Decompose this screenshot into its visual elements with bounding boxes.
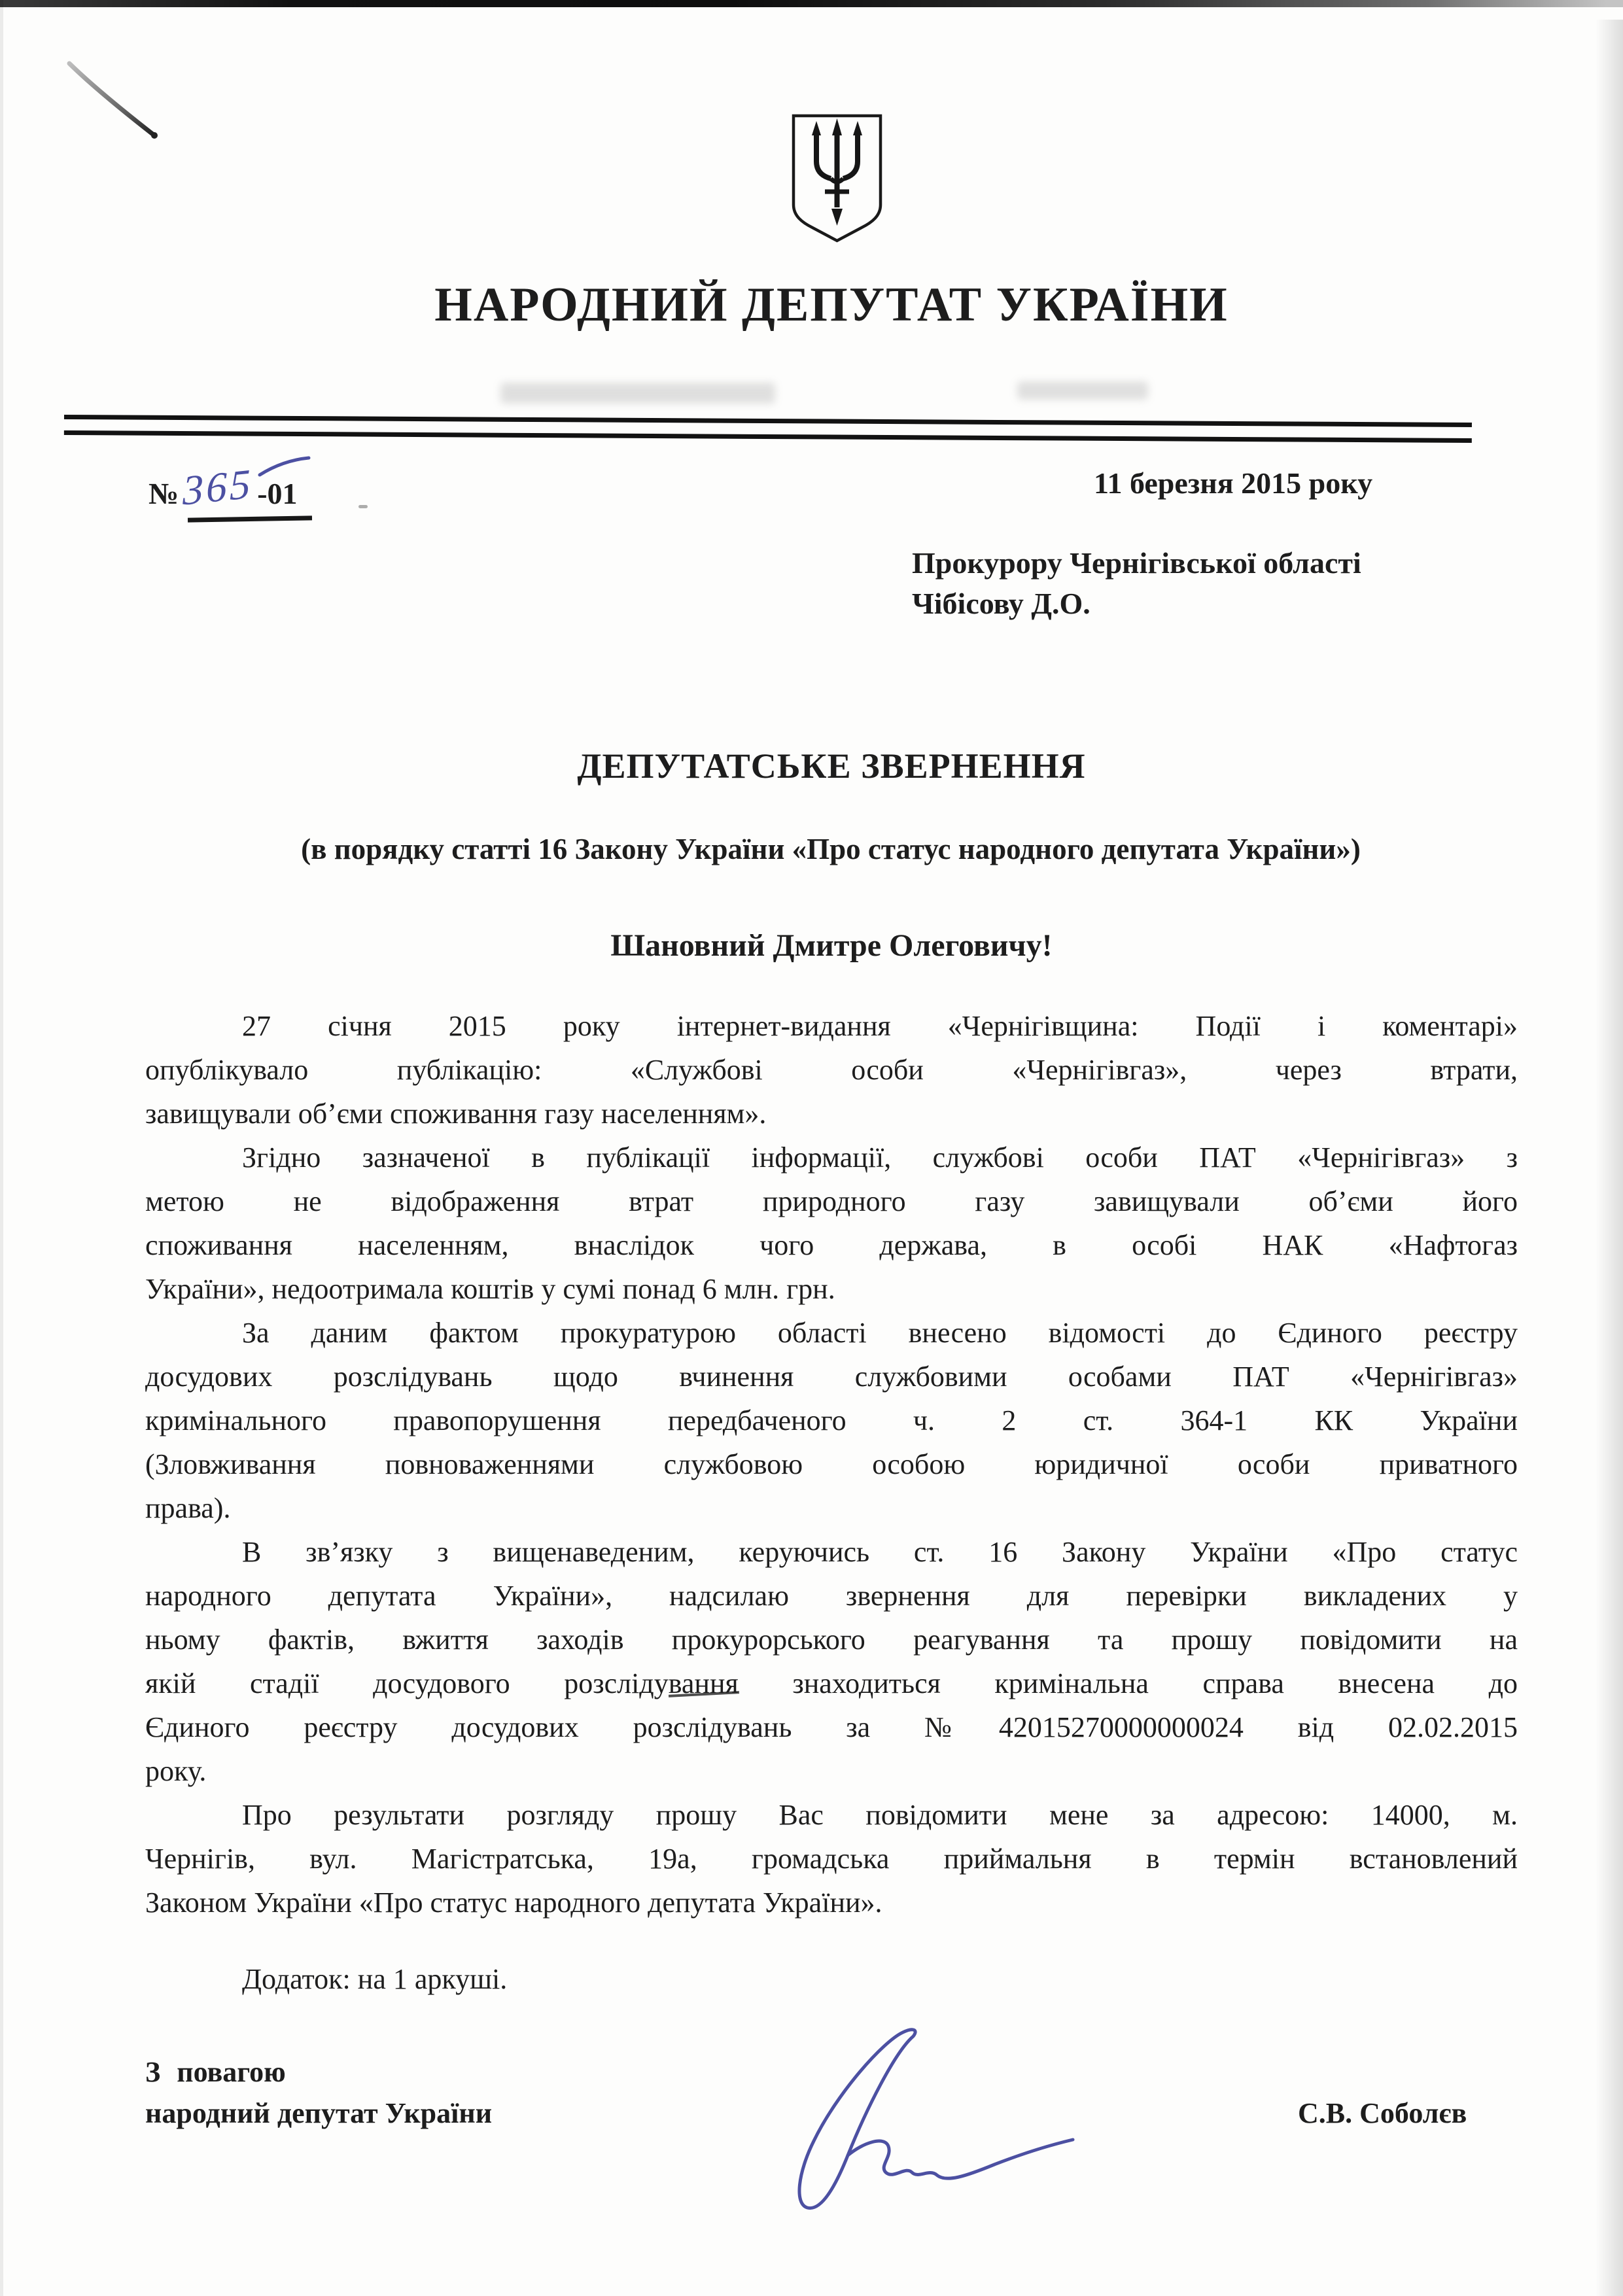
signer-name: С.В. Соболєв bbox=[1298, 2096, 1467, 2130]
handwriting-flourish bbox=[148, 432, 345, 510]
number-underline bbox=[188, 515, 312, 522]
body-line: (Зловживання повноваженнями службовою ос… bbox=[145, 1442, 1518, 1486]
body-line: метою не відображення втрат природного г… bbox=[145, 1179, 1518, 1223]
body-line: Про результати розгляду прошу Вас повідо… bbox=[145, 1793, 1518, 1837]
bleedthrough-smudge bbox=[500, 383, 775, 404]
salutation: Шановний Дмитре Олеговичу! bbox=[145, 928, 1518, 964]
attachment-note: Додаток: на 1 аркуші. bbox=[242, 1962, 507, 1996]
addressee-line: Чібісову Д.О. bbox=[912, 583, 1361, 624]
scan-left-edge-shadow bbox=[0, 0, 3, 2296]
body-line: В зв’язку з вищенаведеним, керуючись ст.… bbox=[145, 1530, 1518, 1574]
letterhead-title: НАРОДНИЙ ДЕПУТАТ УКРАЇНИ bbox=[145, 277, 1518, 333]
body-line: року. bbox=[145, 1749, 1518, 1793]
body-line: Законом України «Про статус народного де… bbox=[145, 1881, 1518, 1924]
body-line: 27 січня 2015 року інтернет-видання «Чер… bbox=[145, 1004, 1518, 1048]
ukraine-trident-emblem-icon bbox=[789, 113, 885, 245]
body-line: Чернігів, вул. Магістратська, 19а, грома… bbox=[145, 1837, 1518, 1881]
body-line: якій стадії досудового розслідування зна… bbox=[145, 1661, 1518, 1705]
closing-title-line: народний депутат України bbox=[145, 2096, 492, 2130]
scan-top-edge-artifact bbox=[0, 0, 1623, 7]
document-subtitle: (в порядку статті 16 Закону України «Про… bbox=[105, 832, 1557, 866]
letter-body: 27 січня 2015 року інтернет-видання «Чер… bbox=[145, 1004, 1518, 1924]
body-line: права). bbox=[145, 1486, 1518, 1530]
body-line: України», недоотримала коштів у сумі пон… bbox=[145, 1267, 1518, 1311]
bleedthrough-smudge bbox=[1017, 381, 1148, 400]
letter-date: 11 березня 2015 року bbox=[1094, 466, 1372, 500]
addressee-block: Прокурору Чернігівської області Чібісову… bbox=[912, 543, 1361, 624]
handwritten-signature bbox=[738, 2018, 1091, 2227]
body-line: ньому фактів, вжиття заходів прокурорськ… bbox=[145, 1618, 1518, 1661]
body-line: завищували об’єми споживання газу населе… bbox=[145, 1092, 1518, 1136]
addressee-line: Прокурору Чернігівської області bbox=[912, 543, 1361, 583]
scanned-letter-page: { "colors": { "ink": "#1d1d1d", "handwri… bbox=[0, 0, 1623, 2296]
scan-right-edge-shadow bbox=[1596, 20, 1623, 2296]
body-line: споживання населенням, внаслідок чого де… bbox=[145, 1223, 1518, 1267]
body-line: народного депутата України», надсилаю зв… bbox=[145, 1574, 1518, 1618]
body-line: Згідно зазначеної в публікації інформаці… bbox=[145, 1136, 1518, 1179]
body-line: досудових розслідувань щодо вчинення слу… bbox=[145, 1355, 1518, 1399]
body-line: кримінального правопорушення передбачено… bbox=[145, 1399, 1518, 1442]
document-title: ДЕПУТАТСЬКЕ ЗВЕРНЕННЯ bbox=[145, 746, 1518, 786]
body-line: опублікувало публікацію: «Службові особи… bbox=[145, 1048, 1518, 1092]
pen-scratch-artifact bbox=[59, 56, 170, 147]
ink-dot-artifact bbox=[358, 505, 368, 508]
closing-respectfully: З повагою bbox=[145, 2055, 286, 2089]
body-line: За даним фактом прокуратурою області вне… bbox=[145, 1311, 1518, 1355]
body-line: Єдиного реєстру досудових розслідувань з… bbox=[145, 1705, 1518, 1749]
